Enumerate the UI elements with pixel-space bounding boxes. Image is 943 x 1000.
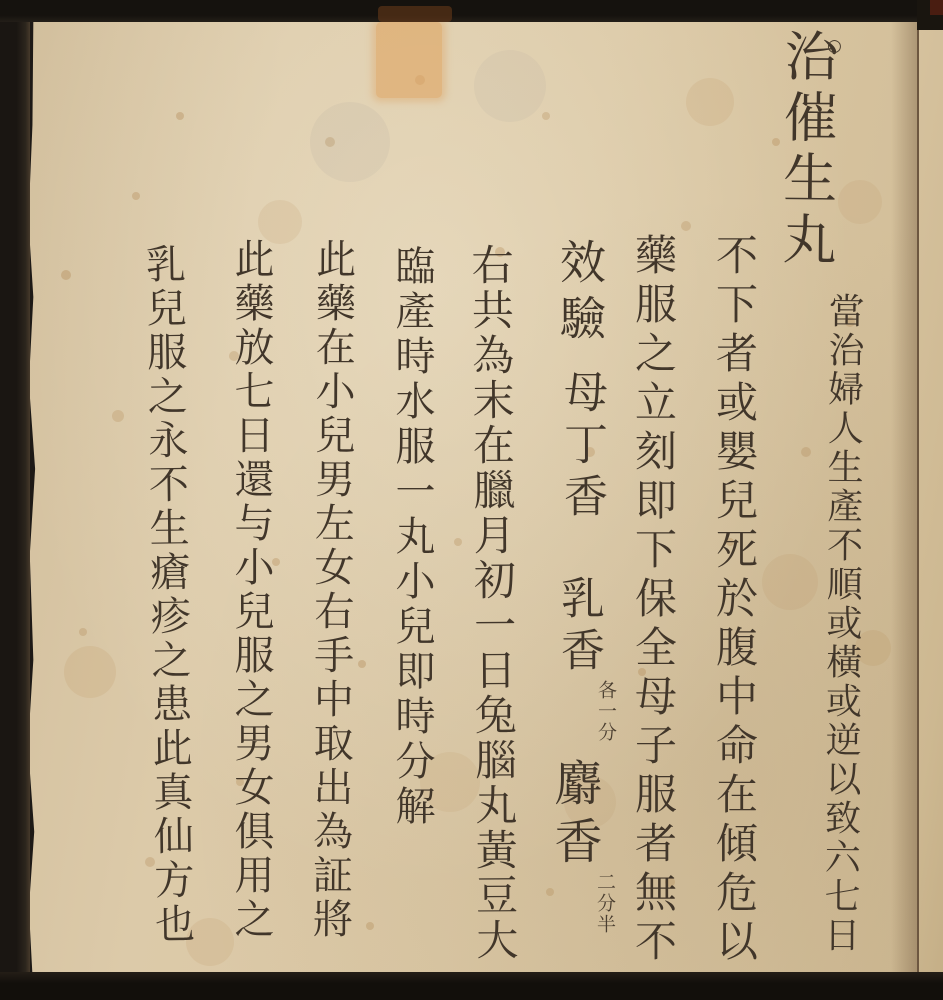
- title-column: 治催生丸: [778, 28, 835, 273]
- manuscript-page: 治催生丸 ○ 當治婦人生產不順或橫或逆以致六七日 不下者或嬰兒死於腹中命在傾危以…: [28, 20, 917, 975]
- adjacent-page-edge: [917, 0, 943, 1000]
- ink-smudge: [378, 6, 452, 22]
- efficacy-heading: 效驗: [557, 238, 603, 350]
- ingredient-ru-xiang: 乳香: [556, 575, 600, 679]
- ingredient-she-xiang: 麝香: [550, 758, 598, 874]
- reading-mark-circle-icon: ○: [827, 36, 842, 56]
- scan-edge-top: [0, 0, 943, 22]
- ingredient-mu-ding-xiang: 母丁香: [559, 369, 603, 525]
- body-column-1: 不下者或嬰兒死於腹中命在傾危以: [713, 233, 755, 968]
- subtitle-column: 當治婦人生產不順或橫或逆以致六七日: [821, 292, 862, 955]
- scan-edge-bottom: [0, 972, 943, 1000]
- corner-mark: [930, 0, 943, 15]
- body-column-2: 藥服之立刻即下保全母子服者無不: [632, 233, 674, 968]
- method-column-3: 此藥在小兒男左女右手中取出為証將: [309, 238, 353, 942]
- binding-edge: [0, 0, 30, 1000]
- method-column-5: 乳兒服之永不生瘡疹之患此真仙方也: [142, 243, 192, 947]
- method-column-2: 臨產時水服一丸小兒即時分解: [392, 245, 432, 830]
- seal-stamp: [376, 22, 442, 98]
- ingredient-she-xiang-dose: 二分半: [595, 872, 614, 935]
- scan-background: 治催生丸 ○ 當治婦人生產不順或橫或逆以致六七日 不下者或嬰兒死於腹中命在傾危以…: [0, 0, 943, 1000]
- ingredient-ru-xiang-dose: 各一分: [596, 680, 615, 743]
- method-column-1: 右共為末在臘月初一日兔腦丸黃豆大: [468, 243, 515, 963]
- method-column-4: 此藥放七日還与小兒服之男女俱用之: [231, 238, 271, 942]
- page-fold-shadow: [891, 0, 917, 1000]
